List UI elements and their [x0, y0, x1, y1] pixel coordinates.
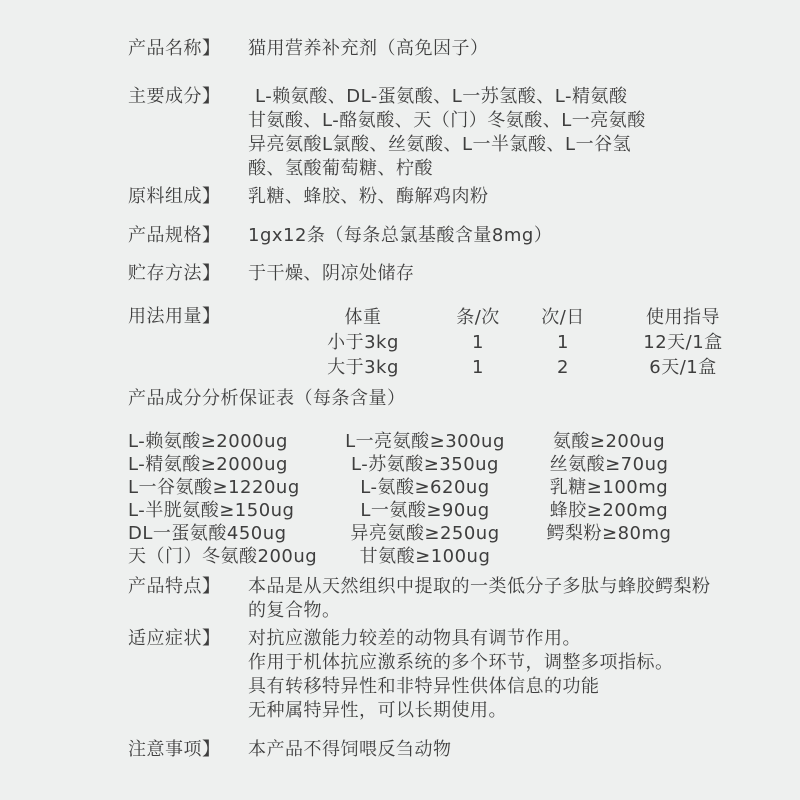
- field-label: 适应症状】: [128, 627, 248, 651]
- ingredients-line: L-赖氨酸、DL-蛋氨酸、L一苏氢酸、L-精氨酸: [248, 85, 740, 109]
- ingredients-line: 甘氨酸、L-酪氨酸、天（门）冬氨酸、L一亮氨酸: [248, 109, 740, 133]
- field-dosage: 用法用量】 体重 条/次 次/日 使用指导 小于3kg 1 1 12天/1盒 大…: [128, 305, 740, 380]
- analysis-cell: L-精氨酸≥2000ug: [128, 453, 330, 476]
- analysis-cell: 甘氨酸≥100ug: [330, 545, 520, 568]
- dosage-cell: 大于3kg: [288, 355, 438, 380]
- analysis-cell: L-氨酸≥620ug: [330, 476, 520, 499]
- analysis-cell: [520, 545, 698, 568]
- field-label: 用法用量】: [128, 305, 248, 329]
- main-ingredients-value: L-赖氨酸、DL-蛋氨酸、L一苏氢酸、L-精氨酸 甘氨酸、L-酪氨酸、天（门）冬…: [248, 85, 740, 181]
- indications-line: 对抗应激能力较差的动物具有调节作用。: [248, 627, 740, 651]
- analysis-cell: 氨酸≥200ug: [520, 430, 698, 453]
- analysis-cell: L一谷氨酸≥1220ug: [128, 476, 330, 499]
- indications-line: 无种属特异性，可以长期使用。: [248, 699, 740, 723]
- analysis-cell: L一亮氨酸≥300ug: [330, 430, 520, 453]
- analysis-cell: L-半胱氨酸≥150ug: [128, 499, 330, 522]
- analysis-cell: 蜂胶≥200mg: [520, 499, 698, 522]
- dosage-header: 条/次: [438, 305, 518, 330]
- analysis-cell: L一氨酸≥90ug: [330, 499, 520, 522]
- dosage-cell: 小于3kg: [288, 330, 438, 355]
- dosage-value: 体重 条/次 次/日 使用指导 小于3kg 1 1 12天/1盒 大于3kg 1…: [248, 305, 758, 380]
- field-raw-materials: 原料组成】 乳糖、蜂胶、粉、酶解鸡肉粉: [128, 185, 740, 209]
- analysis-cell: 乳糖≥100mg: [520, 476, 698, 499]
- features-line: 本品是从天然组织中提取的一类低分子多肽与蜂胶鳄梨粉: [248, 575, 740, 599]
- dosage-cell: 1: [438, 330, 518, 355]
- field-label: 产品名称】: [128, 37, 248, 61]
- dosage-cell: 1: [518, 330, 608, 355]
- field-product-name: 产品名称】 猫用营养补充剂（高免因子）: [128, 37, 740, 61]
- field-indications: 适应症状】 对抗应激能力较差的动物具有调节作用。 作用于机体抗应激系统的多个环节…: [128, 627, 740, 723]
- dosage-table: 体重 条/次 次/日 使用指导 小于3kg 1 1 12天/1盒 大于3kg 1…: [288, 305, 758, 380]
- field-label: 原料组成】: [128, 185, 248, 209]
- analysis-cell: L-赖氨酸≥2000ug: [128, 430, 330, 453]
- features-line: 的复合物。: [248, 599, 740, 623]
- field-label: 主要成分】: [128, 85, 248, 109]
- dosage-cell: 2: [518, 355, 608, 380]
- field-main-ingredients: 主要成分】 L-赖氨酸、DL-蛋氨酸、L一苏氢酸、L-精氨酸 甘氨酸、L-酪氨酸…: [128, 85, 740, 181]
- dosage-cell: 12天/1盒: [608, 330, 758, 355]
- dosage-cell: 1: [438, 355, 518, 380]
- ingredients-line: 异亮氨酸L氯酸、丝氨酸、L一半氯酸、L一谷氢: [248, 133, 740, 157]
- field-label: 贮存方法】: [128, 262, 248, 286]
- dosage-header: 次/日: [518, 305, 608, 330]
- precautions-value: 本产品不得饲喂反刍动物: [248, 738, 740, 762]
- dosage-header: 使用指导: [608, 305, 758, 330]
- indications-line: 作用于机体抗应激系统的多个环节，调整多项指标。: [248, 651, 740, 675]
- analysis-table: L-赖氨酸≥2000ug L一亮氨酸≥300ug 氨酸≥200ug L-精氨酸≥…: [128, 430, 698, 568]
- dosage-header: 体重: [288, 305, 438, 330]
- field-specification: 产品规格】 1gx12条（每条总氯基酸含量8mg）: [128, 224, 740, 248]
- field-label: 注意事项】: [128, 738, 248, 762]
- analysis-cell: 异亮氨酸≥250ug: [330, 522, 520, 545]
- field-precautions: 注意事项】 本产品不得饲喂反刍动物: [128, 738, 740, 762]
- field-label: 产品规格】: [128, 224, 248, 248]
- analysis-cell: 丝氨酸≥70ug: [520, 453, 698, 476]
- field-features: 产品特点】 本品是从天然组织中提取的一类低分子多肽与蜂胶鳄梨粉 的复合物。: [128, 575, 740, 623]
- dosage-cell: 6天/1盒: [608, 355, 758, 380]
- ingredients-line: 酸、氢酸葡萄糖、柠酸: [248, 157, 740, 181]
- product-name-value: 猫用营养补充剂（高免因子）: [248, 37, 740, 61]
- specification-value: 1gx12条（每条总氯基酸含量8mg）: [248, 224, 740, 248]
- indications-value: 对抗应激能力较差的动物具有调节作用。 作用于机体抗应激系统的多个环节，调整多项指…: [248, 627, 740, 723]
- field-label: 产品特点】: [128, 575, 248, 599]
- analysis-table-heading: 产品成分分析保证表（每条含量）: [128, 387, 406, 411]
- field-storage: 贮存方法】 于干燥、阴凉处储存: [128, 262, 740, 286]
- product-info-sheet: 产品名称】 猫用营养补充剂（高免因子） 主要成分】 L-赖氨酸、DL-蛋氨酸、L…: [0, 0, 800, 800]
- indications-line: 具有转移特异性和非特异性供体信息的功能: [248, 675, 740, 699]
- analysis-cell: DL一蛋氨酸450ug: [128, 522, 330, 545]
- features-value: 本品是从天然组织中提取的一类低分子多肽与蜂胶鳄梨粉 的复合物。: [248, 575, 740, 623]
- analysis-cell: 鳄梨粉≥80mg: [520, 522, 698, 545]
- raw-materials-value: 乳糖、蜂胶、粉、酶解鸡肉粉: [248, 185, 740, 209]
- analysis-cell: L-苏氨酸≥350ug: [330, 453, 520, 476]
- storage-value: 于干燥、阴凉处储存: [248, 262, 740, 286]
- analysis-cell: 天（门）冬氨酸200ug: [128, 545, 330, 568]
